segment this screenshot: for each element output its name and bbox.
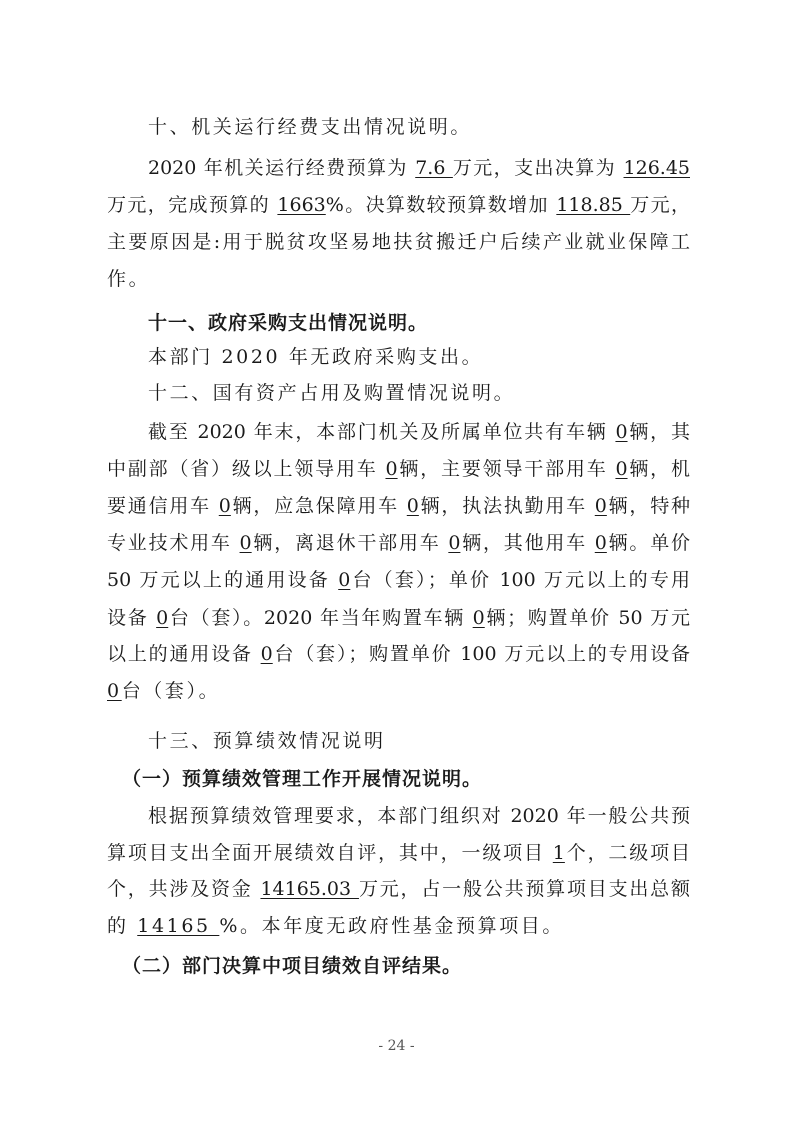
subsection-2-heading: （二）部门决算中项目绩效自评结果。 bbox=[122, 953, 690, 979]
completion-percent: 1663 bbox=[277, 194, 325, 216]
text: 截至 2020 年末，本部门机关及所属单位共有车辆 bbox=[148, 421, 615, 443]
percent-value: 14165 bbox=[137, 915, 219, 937]
section-11-heading: 十一、政府采购支出情况说明。 bbox=[148, 310, 690, 336]
paragraph-line: 要通信用车 0辆，应急保障用车 0辆，执法执勤用车 0辆，特种 bbox=[107, 493, 690, 519]
text: 辆，其他用车 bbox=[460, 532, 594, 554]
text: 的 bbox=[107, 915, 137, 937]
section-12-heading: 十二、国有资产占用及购置情况说明。 bbox=[148, 380, 690, 406]
count-value: 0 bbox=[261, 643, 273, 665]
paragraph-line: 主要原因是:用于脱贫攻坚易地扶贫搬迁户后续产业就业保障工 bbox=[107, 229, 690, 255]
subsection-1-heading: （一）预算绩效管理工作开展情况说明。 bbox=[122, 766, 690, 792]
paragraph-line: 设备 0台（套）。2020 年当年购置车辆 0辆；购置单价 50 万元 bbox=[107, 605, 690, 631]
text: %。本年度无政府性基金预算项目。 bbox=[219, 915, 564, 937]
section-10-heading: 十、机关运行经费支出情况说明。 bbox=[148, 114, 690, 140]
text: 台（套）。 bbox=[122, 680, 221, 702]
text: 万元，占一般公共预算项目支出总额 bbox=[359, 878, 690, 900]
text: 辆，执法执勤用车 bbox=[419, 495, 595, 517]
text: 辆，特种 bbox=[607, 495, 690, 517]
count-value: 0 bbox=[615, 421, 627, 443]
text: 台（套）；购置单价 100 万元以上的专用设备 bbox=[273, 643, 690, 665]
text: 辆，主要领导干部用车 bbox=[398, 458, 616, 480]
text: 以上的通用设备 bbox=[107, 643, 261, 665]
count-value: 0 bbox=[407, 495, 419, 517]
funds-value: 14165.03 bbox=[260, 878, 359, 900]
count-value: 0 bbox=[385, 458, 397, 480]
paragraph-line: 根据预算绩效管理要求，本部门组织对 2020 年一般公共预 bbox=[148, 803, 690, 829]
project-count: 1 bbox=[553, 842, 565, 864]
text: 辆，离退休干部用车 bbox=[252, 532, 449, 554]
count-value: 0 bbox=[473, 607, 485, 629]
page-number: - 24 - bbox=[0, 1038, 793, 1054]
text: 万元，支出决算为 bbox=[453, 157, 624, 179]
paragraph-line: 的 14165 %。本年度无政府性基金预算项目。 bbox=[107, 913, 690, 939]
count-value: 0 bbox=[156, 607, 168, 629]
paragraph-line: 算项目支出全面开展绩效自评，其中，一级项目 1个，二级项目 bbox=[107, 840, 690, 866]
text: 万元， bbox=[630, 194, 690, 216]
text: 台（套）。2020 年当年购置车辆 bbox=[168, 607, 472, 629]
paragraph-line: 截至 2020 年末，本部门机关及所属单位共有车辆 0辆，其 bbox=[148, 419, 690, 445]
text: 辆。单价 bbox=[607, 532, 690, 554]
text: 个，共涉及资金 bbox=[107, 878, 260, 900]
increase-value: 118.85 bbox=[556, 194, 630, 216]
text: 要通信用车 bbox=[107, 495, 219, 517]
paragraph-line: 2020 年机关运行经费预算为 7.6 万元，支出决算为 126.45 bbox=[148, 155, 690, 181]
text: 辆，机 bbox=[628, 458, 690, 480]
count-value: 0 bbox=[219, 495, 231, 517]
text: %。决算数较预算数增加 bbox=[326, 194, 557, 216]
text: 辆；购置单价 50 万元 bbox=[485, 607, 690, 629]
text: 2020 年机关运行经费预算为 bbox=[148, 157, 415, 179]
text: 个，二级项目 bbox=[565, 842, 690, 864]
count-value: 0 bbox=[107, 680, 122, 702]
count-value: 0 bbox=[240, 532, 252, 554]
section-13-heading: 十三、预算绩效情况说明 bbox=[148, 728, 690, 754]
paragraph-line: 专业技术用车 0辆，离退休干部用车 0辆，其他用车 0辆。单价 bbox=[107, 530, 690, 556]
paragraph-line: 万元，完成预算的 1663%。决算数较预算数增加 118.85 万元， bbox=[107, 192, 690, 218]
paragraph-line: 本部门 2020 年无政府采购支出。 bbox=[148, 344, 690, 370]
paragraph-line: 50 万元以上的通用设备 0台（套）；单价 100 万元以上的专用 bbox=[107, 567, 690, 593]
text: 台（套）；单价 100 万元以上的专用 bbox=[350, 569, 690, 591]
paragraph-line: 以上的通用设备 0台（套）；购置单价 100 万元以上的专用设备 bbox=[107, 641, 690, 667]
text: 中副部（省）级以上领导用车 bbox=[107, 458, 385, 480]
text: 50 万元以上的通用设备 bbox=[107, 569, 338, 591]
text: 专业技术用车 bbox=[107, 532, 240, 554]
budget-value: 7.6 bbox=[415, 157, 453, 179]
paragraph-line: 作。 bbox=[107, 266, 690, 292]
paragraph-line: 中副部（省）级以上领导用车 0辆，主要领导干部用车 0辆，机 bbox=[107, 456, 690, 482]
text: 设备 bbox=[107, 607, 156, 629]
text: 辆，其 bbox=[628, 421, 690, 443]
paragraph-line: 个，共涉及资金 14165.03 万元，占一般公共预算项目支出总额 bbox=[107, 876, 690, 902]
text: 万元，完成预算的 bbox=[107, 194, 277, 216]
count-value: 0 bbox=[448, 532, 460, 554]
text: 算项目支出全面开展绩效自评，其中，一级项目 bbox=[107, 842, 553, 864]
count-value: 0 bbox=[595, 532, 607, 554]
text: 辆，应急保障用车 bbox=[231, 495, 407, 517]
count-value: 0 bbox=[615, 458, 627, 480]
final-account-value: 126.45 bbox=[624, 157, 690, 179]
paragraph-line: 0台（套）。 bbox=[107, 678, 690, 704]
count-value: 0 bbox=[338, 569, 350, 591]
count-value: 0 bbox=[595, 495, 607, 517]
